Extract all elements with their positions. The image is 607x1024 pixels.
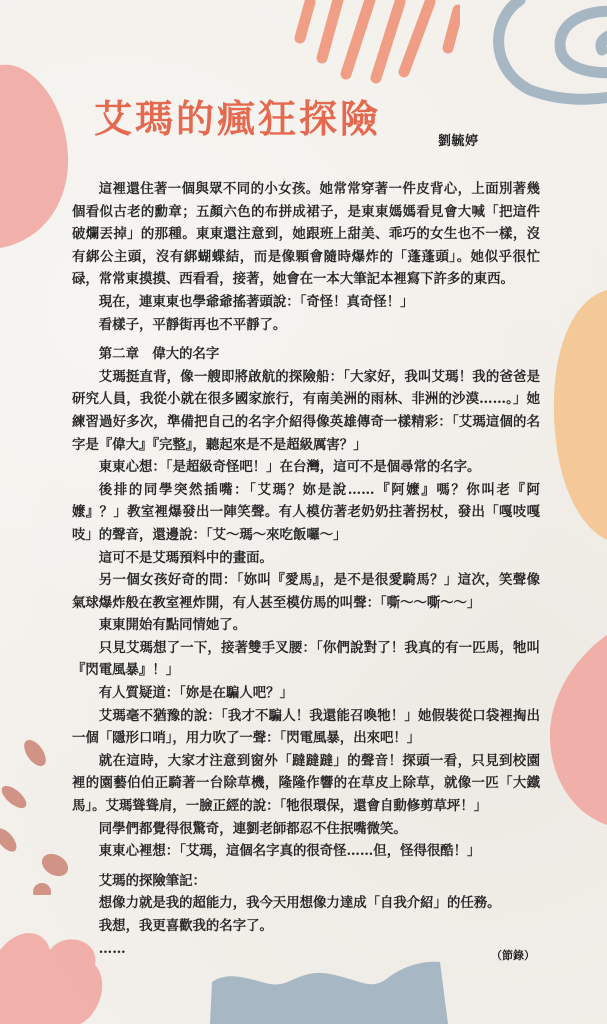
- peach-circle-right-decoration: [552, 290, 607, 540]
- notes-list: 想像力就是我的超能力，我今天用想像力達成「自我介紹」的任務。 我想，我更喜歡我的…: [72, 892, 540, 960]
- story-title: 艾瑪的瘋狂探險: [94, 100, 381, 138]
- orange-brush-stripes-decoration: [280, 0, 460, 90]
- notes-line: 想像力就是我的超能力，我今天用想像力達成「自我介紹」的任務。: [99, 892, 540, 915]
- paragraph: 只見艾瑪想了一下，接著雙手叉腰：「你們說對了！我真的有一匹馬，牠叫『閃電風暴』！…: [72, 637, 540, 682]
- pink-blob-left-decoration: [0, 60, 80, 250]
- paragraph: 艾瑪挺直背，像一艘即將啟航的探險船：「大家好，我叫艾瑪！我的爸爸是研究人員，我從…: [72, 366, 540, 456]
- blue-gray-wave-bottom-decoration: [210, 960, 450, 1024]
- pink-blob-right-decoration: [548, 635, 607, 825]
- notes-line: ……: [99, 938, 540, 961]
- paragraph: 同學們都覺得很驚奇，連劉老師都忍不住抿嘴微笑。: [72, 818, 540, 841]
- paragraph: 看樣子，平靜街再也不平靜了。: [72, 314, 540, 337]
- paragraph: 現在，連東東也學爺爺搖著頭說：「奇怪！真奇怪！」: [72, 291, 540, 314]
- excerpt-note: （節錄）: [491, 947, 535, 963]
- notes-heading: 艾瑪的探險筆記：: [72, 870, 540, 893]
- paragraph: 艾瑪毫不猶豫的說：「我才不騙人！我還能召喚牠！」她假裝從口袋裡掏出一個「隱形口哨…: [72, 705, 540, 750]
- paragraph: 有人質疑道：「妳是在騙人吧？」: [72, 682, 540, 705]
- paragraph: 這可不是艾瑪預料中的畫面。: [72, 547, 540, 570]
- paragraph: 東東心想：「是超級奇怪吧！」在台灣，這可不是個尋常的名字。: [72, 456, 540, 479]
- story-body: 這裡還住著一個與眾不同的小女孩。她常常穿著一件皮背心，上面別著幾個看似古老的勳章…: [72, 178, 540, 960]
- paragraph: 這裡還住著一個與眾不同的小女孩。她常常穿著一件皮背心，上面別著幾個看似古老的勳章…: [72, 178, 540, 291]
- blue-gray-spiral-decoration: [480, 0, 607, 110]
- author-name: 劉毓婷: [438, 130, 479, 149]
- paragraph: 另一個女孩好奇的問：「妳叫『愛馬』，是不是很愛騎馬？」這次，笑聲像氣球爆炸般在教…: [72, 569, 540, 614]
- paragraph: 東東開始有點同情她了。: [72, 614, 540, 637]
- chapter-heading: 第二章 偉大的名字: [72, 343, 540, 366]
- paragraph: 東東心裡想：「艾瑪，這個名字真的很奇怪……但，怪得很酷！」: [72, 840, 540, 863]
- paragraph: 就在這時，大家才注意到窗外「躂躂躂」的聲音！探頭一看，只見到校園裡的園藝伯伯正騎…: [72, 750, 540, 818]
- notes-line: 我想，我更喜歡我的名字了。: [99, 915, 540, 938]
- paragraph: 後排的同學突然插嘴：「艾瑪？妳是說……『阿嬤』嗎？你叫老『阿嬤』？」教室裡爆發出…: [72, 479, 540, 547]
- brown-dots-left-decoration: [0, 735, 75, 895]
